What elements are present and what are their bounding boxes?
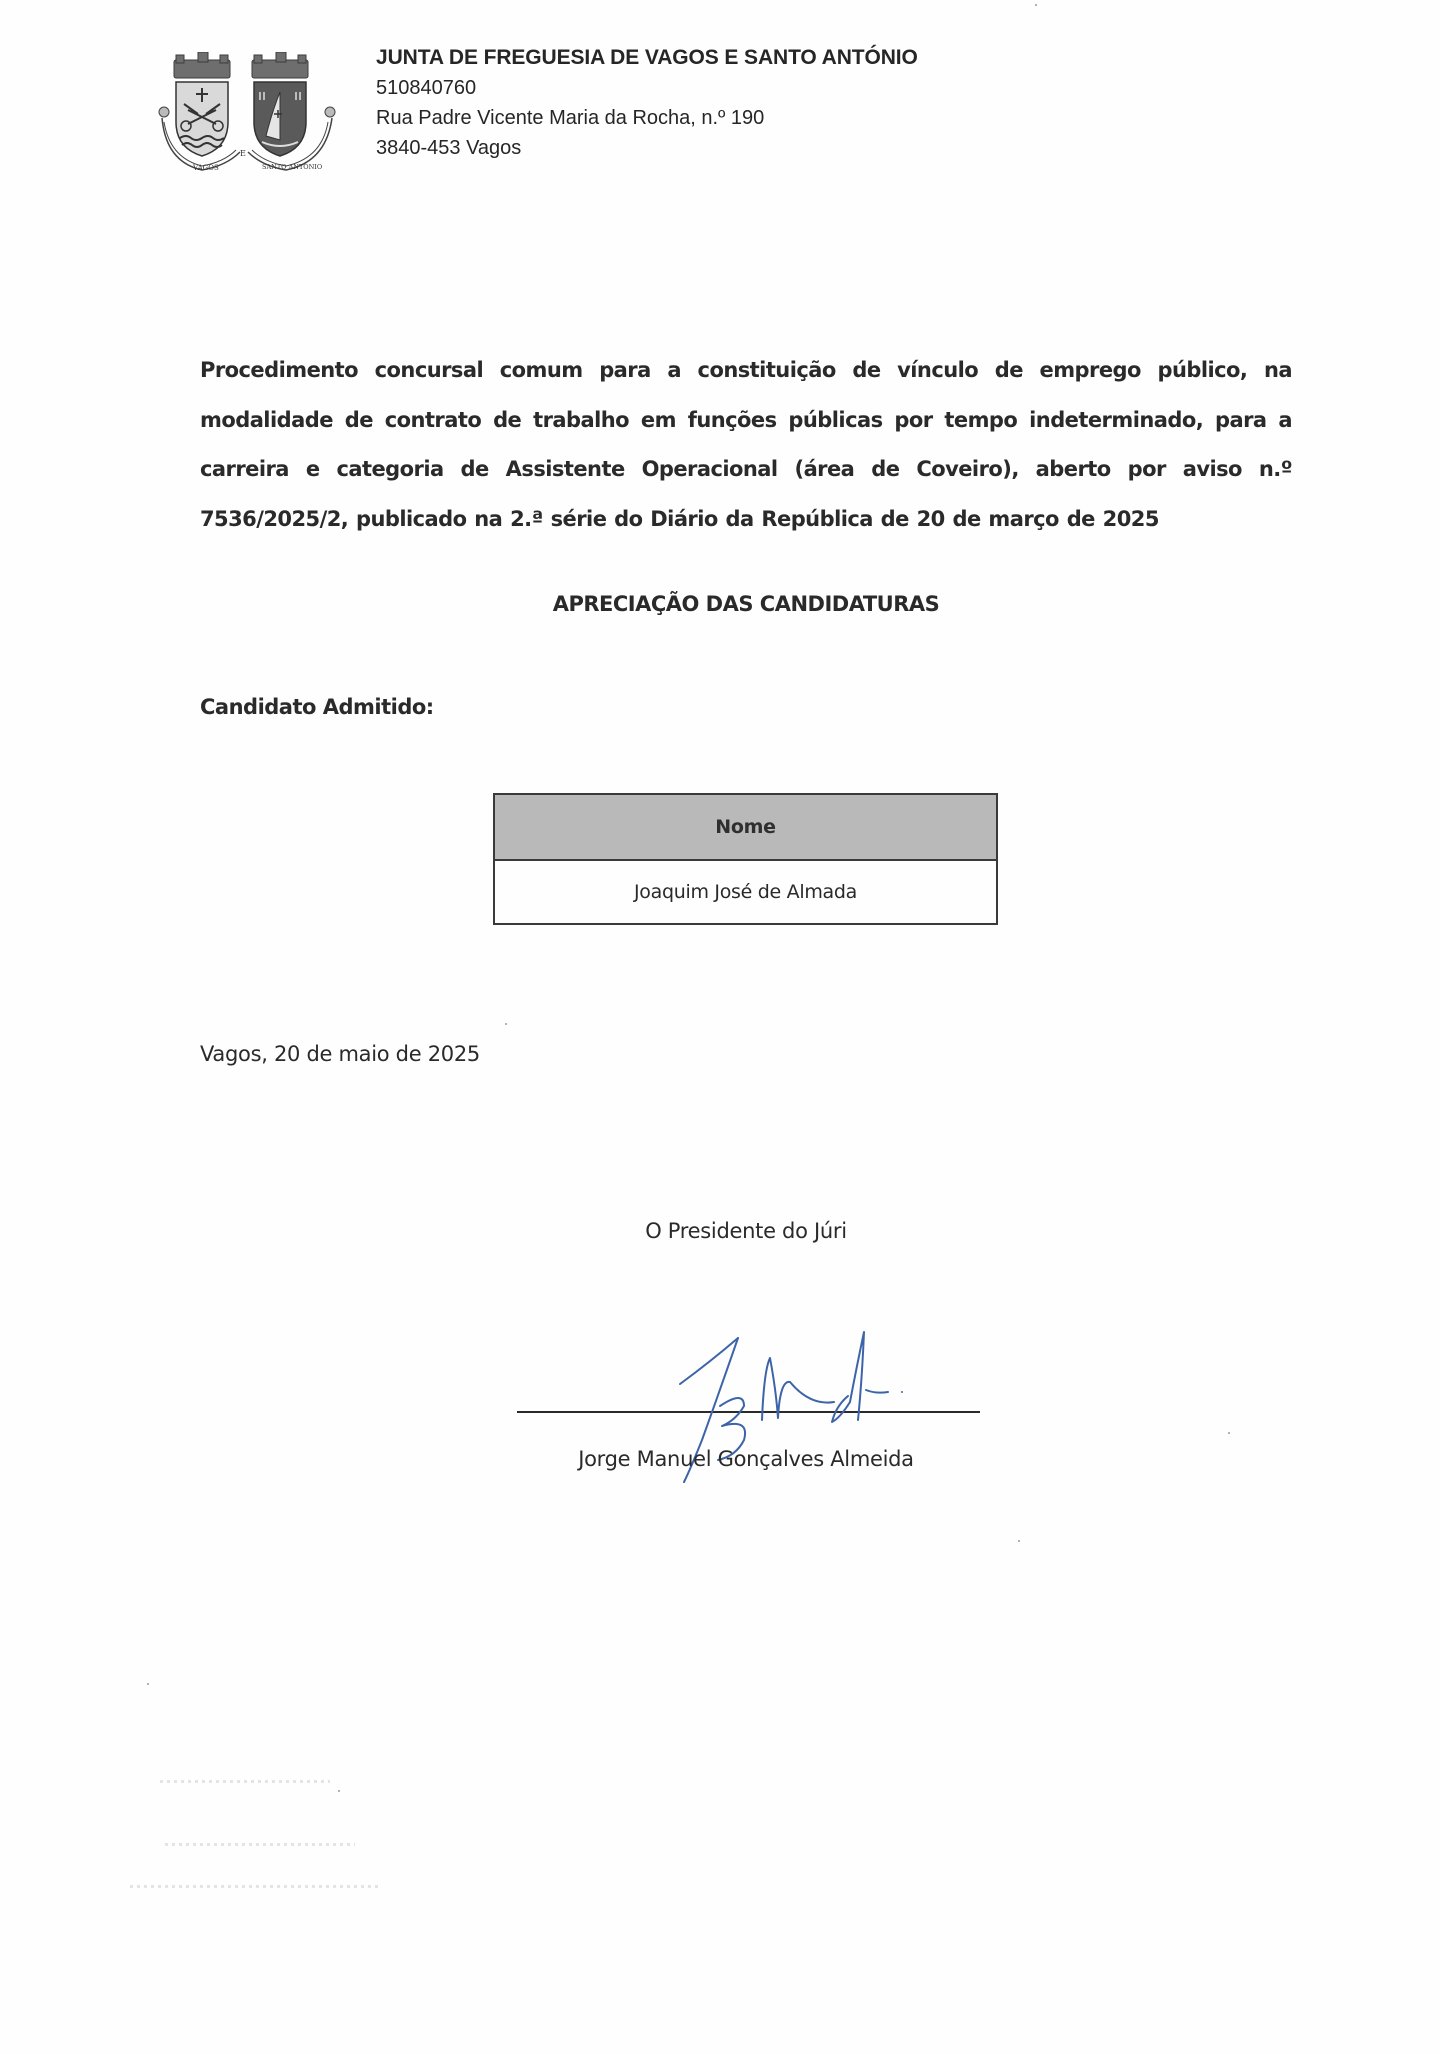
scan-speck (147, 1683, 149, 1685)
org-header: JUNTA DE FREGUESIA DE VAGOS E SANTO ANTÓ… (376, 43, 918, 163)
tax-id: 510840760 (376, 73, 918, 103)
admitted-candidate-label: Candidato Admitido: (200, 695, 434, 719)
scan-speck (1018, 1540, 1020, 1542)
table-row: Joaquim José de Almada (494, 860, 997, 924)
document-page: VAGOS E SANTO ANTÓNIO JUNTA DE FREGUESIA… (0, 0, 1440, 2054)
svg-text:E: E (240, 149, 246, 158)
scan-speck (1228, 1432, 1230, 1434)
procedure-description: Procedimento concursal comum para a cons… (200, 346, 1292, 544)
table-header-row: Nome (494, 794, 997, 860)
coat-of-arms-icon: VAGOS E SANTO ANTÓNIO (156, 52, 338, 174)
candidate-name-cell: Joaquim José de Almada (494, 860, 997, 924)
svg-text:VAGOS: VAGOS (192, 164, 219, 172)
column-header-name: Nome (494, 794, 997, 860)
section-title: APRECIAÇÃO DAS CANDIDATURAS (0, 592, 1440, 616)
scan-smudge (165, 1843, 355, 1846)
postal-line: 3840-453 Vagos (376, 133, 918, 163)
signatory-name: Jorge Manuel Gonçalves Almeida (0, 1447, 1440, 1471)
scan-speck (505, 1023, 507, 1025)
scan-smudge (130, 1885, 380, 1888)
scan-speck (1035, 4, 1037, 6)
scan-smudge (160, 1780, 330, 1783)
svg-text:SANTO ANTÓNIO: SANTO ANTÓNIO (262, 162, 322, 171)
address-line: Rua Padre Vicente Maria da Rocha, n.º 19… (376, 103, 918, 133)
signatory-role: O Presidente do Júri (0, 1219, 1440, 1243)
scan-speck (338, 1790, 340, 1792)
admitted-candidates-table: Nome Joaquim José de Almada (493, 793, 998, 925)
place-date: Vagos, 20 de maio de 2025 (200, 1042, 480, 1066)
org-name: JUNTA DE FREGUESIA DE VAGOS E SANTO ANTÓ… (376, 43, 918, 73)
